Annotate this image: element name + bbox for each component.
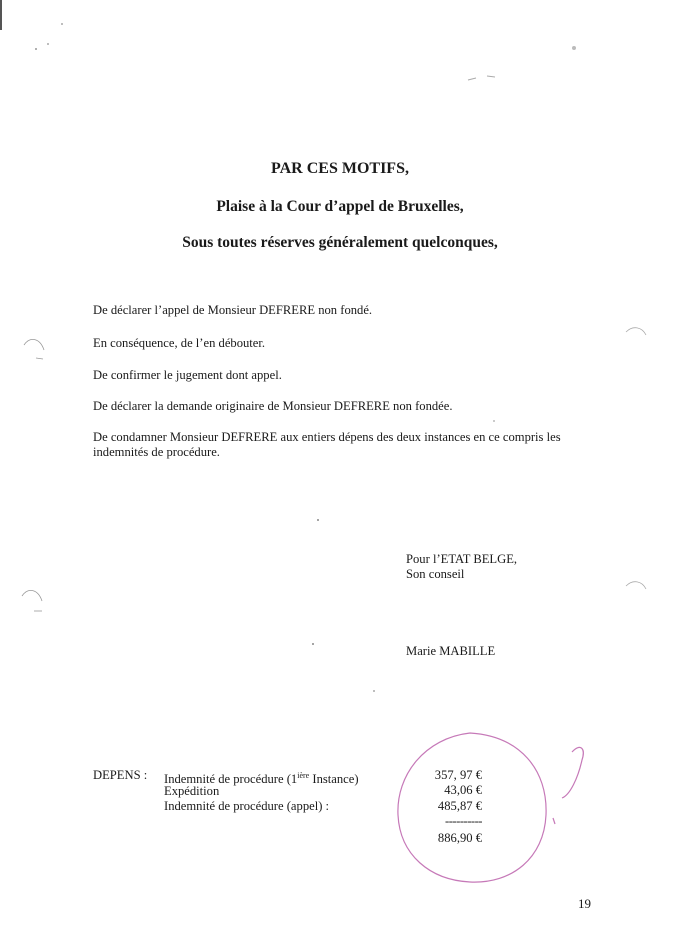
paragraph-appel-non-fonde: De déclarer l’appel de Monsieur DEFRERE … xyxy=(93,303,613,318)
depens-item-text: Instance) xyxy=(309,772,358,786)
amount-total: 886,90 € xyxy=(438,831,482,846)
paragraph-condamner-depens: De condamner Monsieur DEFRERE aux entier… xyxy=(93,430,613,460)
question-mark-dot xyxy=(553,818,555,824)
punch-hole-left-upper xyxy=(24,339,44,350)
signature-name: Marie MABILLE xyxy=(406,644,495,659)
sum-separator: ---------- xyxy=(445,814,482,829)
depens-item-expedition: Expédition xyxy=(164,784,219,799)
heading-par-ces-motifs: PAR CES MOTIFS, xyxy=(0,160,680,178)
amount-expedition: 43,06 € xyxy=(444,783,482,798)
superscript: ière xyxy=(297,771,309,780)
heading-sous-toutes-reserves: Sous toutes réserves généralement quelco… xyxy=(0,234,680,252)
signature-for: Pour l’ETAT BELGE, xyxy=(406,552,517,567)
paragraph-demande-non-fondee: De déclarer la demande originaire de Mon… xyxy=(93,399,613,414)
punch-hole-right-lower xyxy=(626,582,646,589)
paragraph-confirmer-jugement: De confirmer le jugement dont appel. xyxy=(93,368,613,383)
punch-hole-right-upper xyxy=(626,328,646,335)
scan-artifacts xyxy=(0,0,680,937)
handwritten-question-mark xyxy=(562,747,583,798)
punch-hole-left-lower xyxy=(22,590,42,601)
amount-appeal: 485,87 € xyxy=(438,799,482,814)
heading-plaise-a-la-cour: Plaise à la Cour d’appel de Bruxelles, xyxy=(0,198,680,216)
depens-label: DEPENS : xyxy=(93,768,147,783)
signature-role: Son conseil xyxy=(406,567,464,582)
amount-first-instance: 357, 97 € xyxy=(435,768,482,783)
paragraph-debouter: En conséquence, de l’en débouter. xyxy=(93,336,613,351)
page-number: 19 xyxy=(578,896,591,912)
depens-item-appeal: Indemnité de procédure (appel) : xyxy=(164,799,329,814)
